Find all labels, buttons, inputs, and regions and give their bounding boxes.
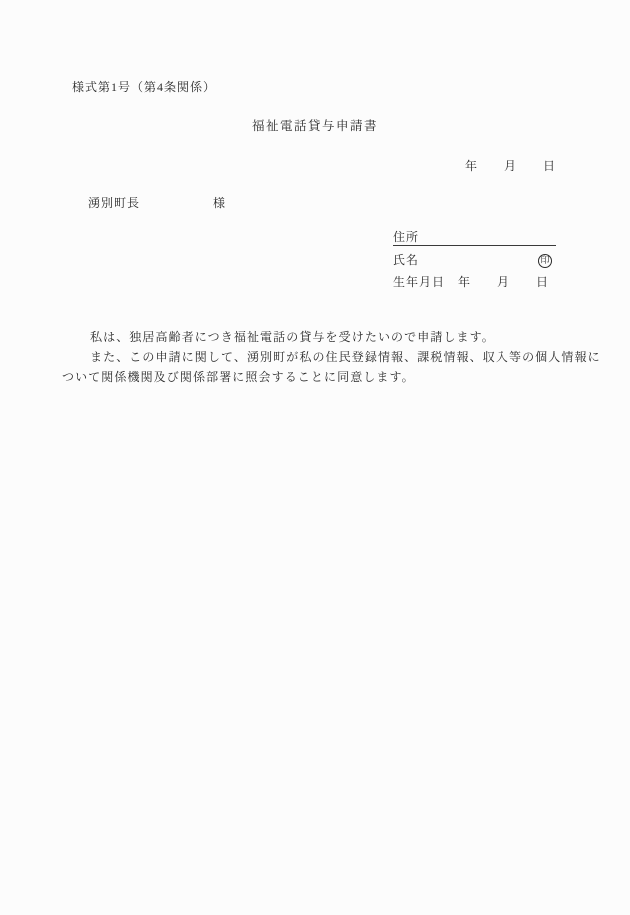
body-line-1: 私は、独居高齢者につき福祉電話の貸与を受けたいので申請します。: [62, 327, 574, 347]
address-field: 住所: [393, 230, 556, 246]
addressee-line: 湧別町長 様: [88, 196, 226, 210]
name-field: 氏名 印: [393, 253, 556, 268]
form-number: 様式第1号（第4条関係）: [72, 80, 216, 94]
seal-mark-text: 印: [540, 256, 549, 265]
seal-mark-icon: 印: [538, 254, 552, 268]
document-title: 福祉電話貸与申請書: [0, 119, 630, 134]
birthdate-field: 生年月日 年 月 日: [393, 275, 556, 290]
body-line-3: ついて関係機関及び関係部署に照会することに同意します。: [62, 367, 574, 387]
name-label: 氏名: [393, 253, 419, 268]
date-line: 年 月 日: [465, 159, 556, 173]
body-paragraph: 私は、独居高齢者につき福祉電話の貸与を受けたいので申請します。 また、この申請に…: [62, 327, 574, 387]
birthdate-label: 生年月日 年 月 日: [393, 275, 549, 290]
applicant-info-block: 住所 氏名 印 生年月日 年 月 日: [393, 230, 556, 297]
addressee-honorific: 様: [213, 196, 226, 210]
body-line-2: また、この申請に関して、湧別町が私の住民登録情報、課税情報、収入等の個人情報に: [62, 347, 574, 367]
addressee-name: 湧別町長: [88, 196, 140, 210]
document-page: 様式第1号（第4条関係） 福祉電話貸与申請書 年 月 日 湧別町長 様 住所 氏…: [0, 0, 630, 915]
address-label: 住所: [393, 230, 419, 245]
